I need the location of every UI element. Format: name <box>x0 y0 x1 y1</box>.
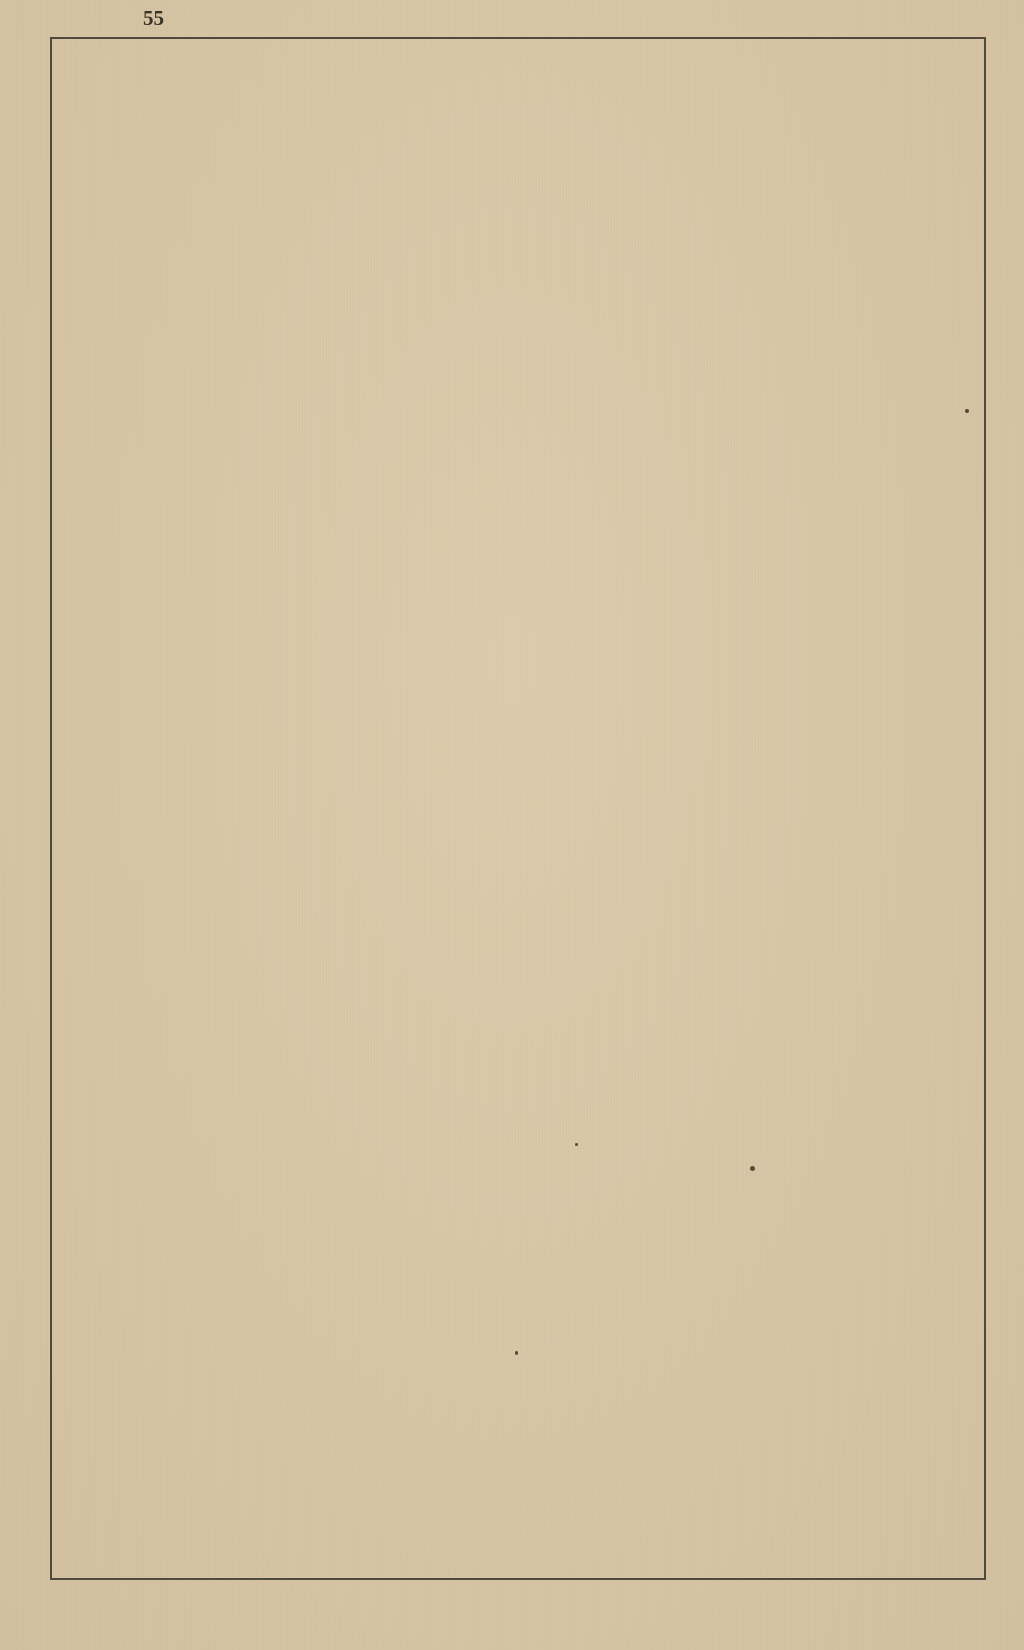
paper-speck <box>965 409 969 413</box>
page-border-frame <box>50 37 986 1580</box>
paper-speck <box>515 1351 518 1355</box>
paper-speck <box>750 1166 755 1171</box>
paper-speck <box>575 1143 578 1146</box>
page-number: 55 <box>143 6 164 31</box>
